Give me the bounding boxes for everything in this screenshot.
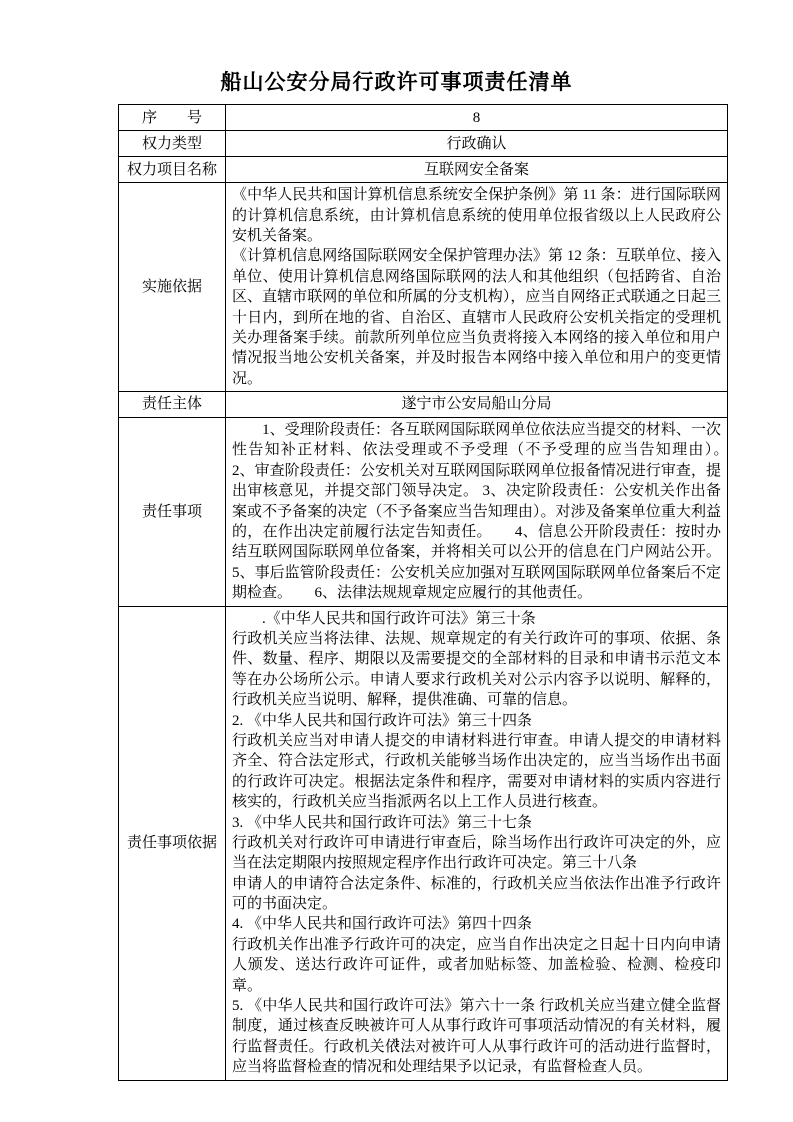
row-label: 序 号 — [119, 105, 226, 131]
row-label: 责任事项 — [119, 418, 226, 607]
row-value: .《中华人民共和国行政许可法》第三十条行政机关应当将法律、法规、规章规定的有关行… — [226, 606, 728, 1080]
row-value: 1、受理阶段责任：各互联网国际联网单位依法应当提交的材料、一次性告知补正材料、依… — [226, 418, 728, 607]
row-label: 权力类型 — [119, 131, 226, 157]
table-row: 责任事项依据 .《中华人民共和国行政许可法》第三十条行政机关应当将法律、法规、规… — [119, 606, 728, 1080]
table-row: 权力类型行政确认 — [119, 131, 728, 157]
paragraph: 《计算机信息网络国际联网安全保护管理办法》第 12 条：互联单位、接入单位、使用… — [232, 246, 721, 389]
page-number: 1 — [0, 1036, 793, 1052]
row-value: 8 — [226, 105, 728, 131]
paragraph: 行政机关作出准予行政许可的决定，应当自作出决定之日起十日内向申请人颁发、送达行政… — [232, 935, 721, 996]
responsibility-table: 序 号8权力类型行政确认权力项目名称互联网安全备案实施依据《中华人民共和国计算机… — [118, 104, 728, 1080]
row-value: 互联网安全备案 — [226, 157, 728, 183]
paragraph: 《中华人民共和国计算机信息系统安全保护条例》第 11 条：进行国际联网的计算机信… — [232, 185, 721, 246]
table-row: 序 号8 — [119, 105, 728, 131]
row-label: 权力项目名称 — [119, 157, 226, 183]
paragraph: 行政机关对行政许可申请进行审查后，除当场作出行政许可决定的外，应当在法定期限内按… — [232, 833, 721, 874]
paragraph: 3. 《中华人民共和国行政许可法》第三十七条 — [232, 813, 721, 833]
row-label: 实施依据 — [119, 183, 226, 392]
paragraph: 4. 《中华人民共和国行政许可法》第四十四条 — [232, 914, 721, 934]
row-value: 遂宁市公安局船山分局 — [226, 392, 728, 418]
responsibility-table-body: 序 号8权力类型行政确认权力项目名称互联网安全备案实施依据《中华人民共和国计算机… — [119, 105, 728, 1080]
table-row: 实施依据《中华人民共和国计算机信息系统安全保护条例》第 11 条：进行国际联网的… — [119, 183, 728, 392]
row-value: 《中华人民共和国计算机信息系统安全保护条例》第 11 条：进行国际联网的计算机信… — [226, 183, 728, 392]
row-value: 行政确认 — [226, 131, 728, 157]
paragraph: 1、受理阶段责任：各互联网国际联网单位依法应当提交的材料、一次性告知补正材料、依… — [232, 420, 721, 604]
row-label: 责任主体 — [119, 392, 226, 418]
table-row: 责任事项 1、受理阶段责任：各互联网国际联网单位依法应当提交的材料、一次性告知补… — [119, 418, 728, 607]
row-label: 责任事项依据 — [119, 606, 226, 1080]
page-title: 船山公安分局行政许可事项责任清单 — [0, 0, 793, 95]
table-row: 责任主体遂宁市公安局船山分局 — [119, 392, 728, 418]
document-page: 船山公安分局行政许可事项责任清单 序 号8权力类型行政确认权力项目名称互联网安全… — [0, 0, 793, 1122]
paragraph: .《中华人民共和国行政许可法》第三十条 — [232, 609, 721, 629]
paragraph: 申请人的申请符合法定条件、标准的，行政机关应当依法作出准予行政许可的书面决定。 — [232, 874, 721, 915]
paragraph: 行政机关应当将法律、法规、规章规定的有关行政许可的事项、依据、条件、数量、程序、… — [232, 629, 721, 711]
table-row: 权力项目名称互联网安全备案 — [119, 157, 728, 183]
paragraph: 行政机关应当对申请人提交的申请材料进行审查。申请人提交的申请材料齐全、符合法定形… — [232, 731, 721, 813]
paragraph: 2. 《中华人民共和国行政许可法》第三十四条 — [232, 711, 721, 731]
